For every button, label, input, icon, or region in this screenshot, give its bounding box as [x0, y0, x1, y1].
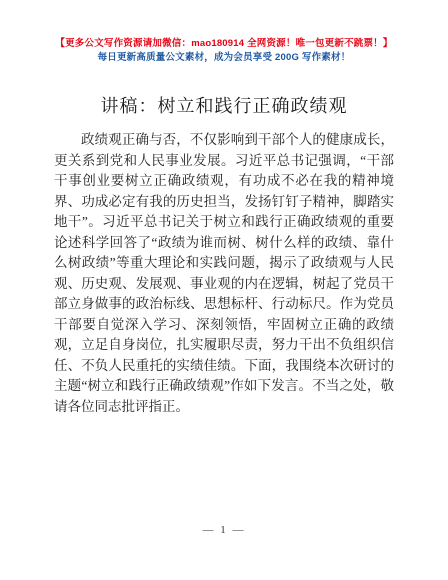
document-title: 讲稿：树立和践行正确政绩观: [0, 92, 448, 118]
promo-line-2: 每日更新高质量公文素材，成为会员享受 200G 写作素材！: [0, 51, 448, 65]
document-page: 【更多公文写作资源请加微信：mao180914 全网资源！唯一包更新不跳票！】 …: [0, 0, 448, 580]
page-number: — 1 —: [0, 524, 448, 536]
promo-header: 【更多公文写作资源请加微信：mao180914 全网资源！唯一包更新不跳票！】 …: [0, 37, 448, 65]
promo-line-1: 【更多公文写作资源请加微信：mao180914 全网资源！唯一包更新不跳票！】: [0, 37, 448, 51]
body-paragraph: 政绩观正确与否，不仅影响到干部个人的健康成长，更关系到党和人民事业发展。习近平总…: [54, 130, 394, 417]
